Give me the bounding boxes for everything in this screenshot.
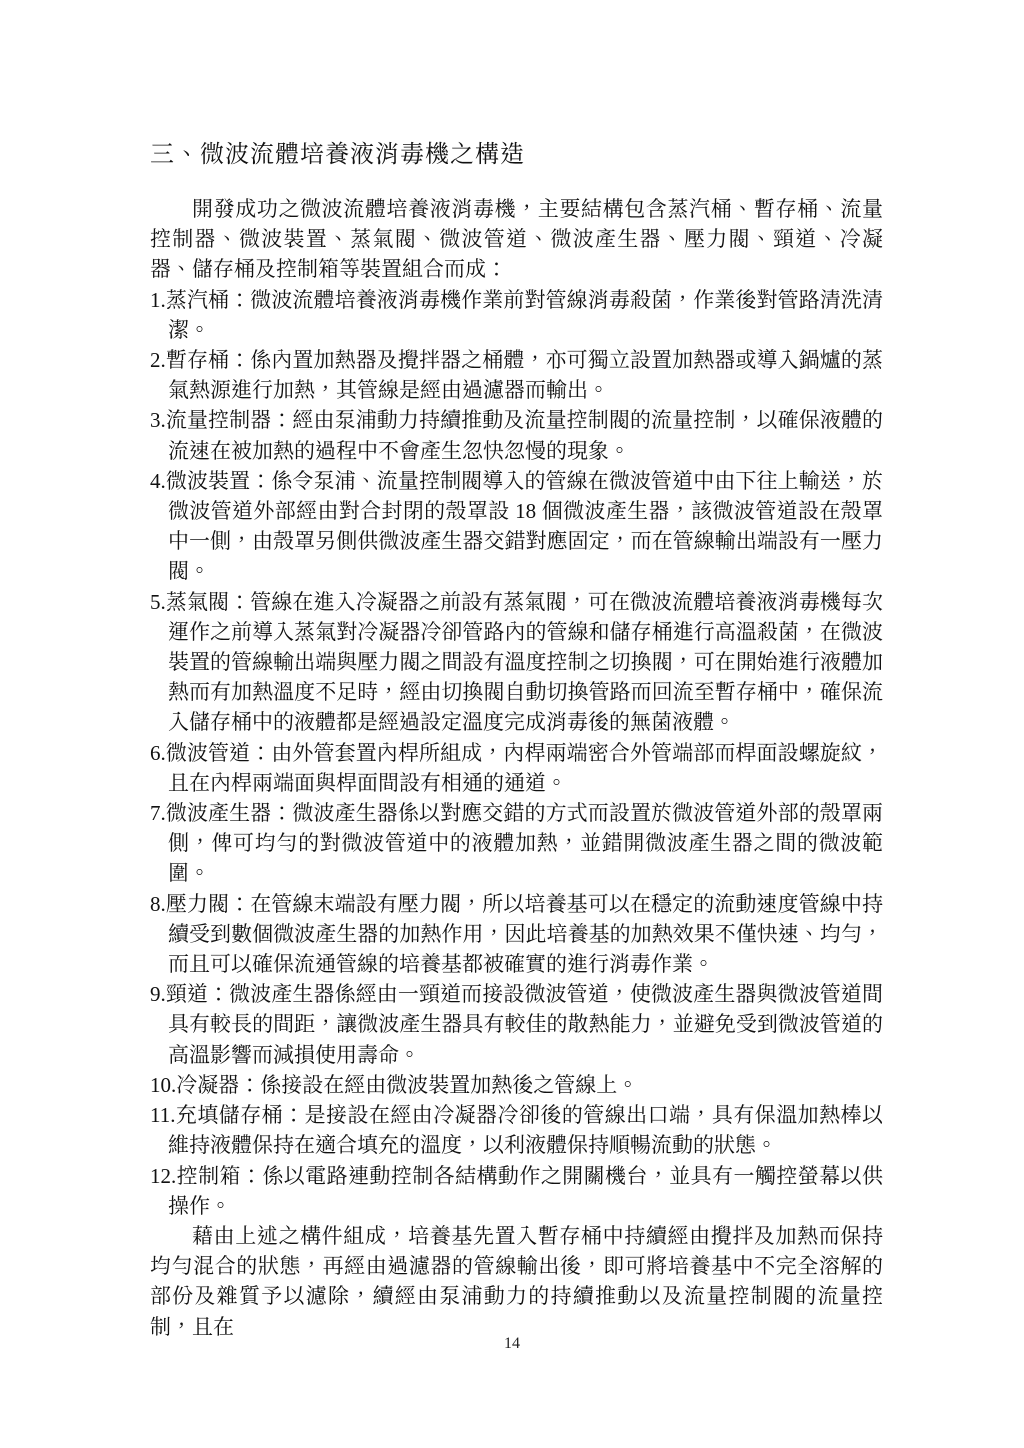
item-text: 微波管道：由外管套置內桿所組成，內桿兩端密合外管端部而桿面設螺旋紋，且在內桿兩端… bbox=[166, 741, 883, 795]
list-item: 10.冷凝器：係接設在經由微波裝置加熱後之管線上。 bbox=[150, 1070, 883, 1100]
item-number: 6. bbox=[150, 741, 166, 765]
item-text: 控制箱：係以電路連動控制各結構動作之開關機台，並具有一觸控螢幕以供操作。 bbox=[168, 1164, 883, 1218]
item-text: 蒸汽桶：微波流體培養液消毒機作業前對管線消毒殺菌，作業後對管路清洗清潔。 bbox=[166, 288, 883, 342]
item-number: 12. bbox=[150, 1164, 176, 1188]
item-number: 4. bbox=[150, 469, 166, 493]
item-text: 壓力閥：在管線末端設有壓力閥，所以培養基可以在穩定的流動速度管線中持續受到數個微… bbox=[166, 892, 883, 976]
document-page: 三、微波流體培養液消毒機之構造 開發成功之微波流體培養液消毒機，主要結構包含蒸汽… bbox=[0, 0, 1024, 1448]
item-number: 2. bbox=[150, 348, 166, 372]
item-number: 11. bbox=[150, 1103, 175, 1127]
list-item: 4.微波裝置：係令泵浦、流量控制閥導入的管線在微波管道中由下往上輸送，於微波管道… bbox=[150, 466, 883, 587]
section-text: 開發成功之微波流體培養液消毒機，主要結構包含蒸汽桶、暫存桶、流量控制器、微波裝置… bbox=[150, 194, 883, 1342]
list-item: 9.頸道：微波產生器係經由一頸道而接設微波管道，使微波產生器與微波管道間具有較長… bbox=[150, 979, 883, 1070]
item-number: 8. bbox=[150, 892, 166, 916]
list-item: 3.流量控制器：經由泵浦動力持續推動及流量控制閥的流量控制，以確保液體的流速在被… bbox=[150, 405, 883, 465]
page-number: 14 bbox=[0, 1335, 1024, 1353]
item-text: 頸道：微波產生器係經由一頸道而接設微波管道，使微波產生器與微波管道間具有較長的間… bbox=[166, 982, 883, 1066]
list-item: 8.壓力閥：在管線末端設有壓力閥，所以培養基可以在穩定的流動速度管線中持續受到數… bbox=[150, 889, 883, 980]
item-text: 暫存桶：係內置加熱器及攪拌器之桶體，亦可獨立設置加熱器或導入鍋爐的蒸氣熱源進行加… bbox=[166, 348, 883, 402]
list-item: 2.暫存桶：係內置加熱器及攪拌器之桶體，亦可獨立設置加熱器或導入鍋爐的蒸氣熱源進… bbox=[150, 345, 883, 405]
intro-paragraph: 開發成功之微波流體培養液消毒機，主要結構包含蒸汽桶、暫存桶、流量控制器、微波裝置… bbox=[150, 194, 883, 285]
closing-paragraph: 藉由上述之構件組成，培養基先置入暫存桶中持續經由攪拌及加熱而保持均勻混合的狀態，… bbox=[150, 1221, 883, 1342]
document-body: 三、微波流體培養液消毒機之構造 開發成功之微波流體培養液消毒機，主要結構包含蒸汽… bbox=[150, 138, 883, 1342]
item-text: 流量控制器：經由泵浦動力持續推動及流量控制閥的流量控制，以確保液體的流速在被加熱… bbox=[166, 408, 883, 462]
list-item: 11.充填儲存桶：是接設在經由冷凝器冷卻後的管線出口端，具有保溫加熱棒以維持液體… bbox=[150, 1100, 883, 1160]
section-heading: 三、微波流體培養液消毒機之構造 bbox=[150, 138, 883, 172]
list-item: 7.微波產生器：微波產生器係以對應交錯的方式而設置於微波管道外部的殼罩兩側，俾可… bbox=[150, 798, 883, 889]
list-item: 12.控制箱：係以電路連動控制各結構動作之開關機台，並具有一觸控螢幕以供操作。 bbox=[150, 1161, 883, 1221]
item-number: 7. bbox=[150, 801, 166, 825]
item-number: 10. bbox=[150, 1073, 176, 1097]
item-text: 冷凝器：係接設在經由微波裝置加熱後之管線上。 bbox=[176, 1073, 638, 1097]
item-number: 9. bbox=[150, 982, 166, 1006]
item-text: 蒸氣閥：管線在進入冷凝器之前設有蒸氣閥，可在微波流體培養液消毒機每次運作之前導入… bbox=[166, 590, 883, 735]
item-text: 微波裝置：係令泵浦、流量控制閥導入的管線在微波管道中由下往上輸送，於微波管道外部… bbox=[166, 469, 883, 584]
list-item: 6.微波管道：由外管套置內桿所組成，內桿兩端密合外管端部而桿面設螺旋紋，且在內桿… bbox=[150, 738, 883, 798]
item-text: 微波產生器：微波產生器係以對應交錯的方式而設置於微波管道外部的殼罩兩側，俾可均勻… bbox=[166, 801, 883, 885]
list-item: 1.蒸汽桶：微波流體培養液消毒機作業前對管線消毒殺菌，作業後對管路清洗清潔。 bbox=[150, 285, 883, 345]
list-item: 5.蒸氣閥：管線在進入冷凝器之前設有蒸氣閥，可在微波流體培養液消毒機每次運作之前… bbox=[150, 587, 883, 738]
item-number: 1. bbox=[150, 288, 166, 312]
item-number: 5. bbox=[150, 590, 166, 614]
item-number: 3. bbox=[150, 408, 166, 432]
item-text: 充填儲存桶：是接設在經由冷凝器冷卻後的管線出口端，具有保溫加熱棒以維持液體保持在… bbox=[168, 1103, 883, 1157]
